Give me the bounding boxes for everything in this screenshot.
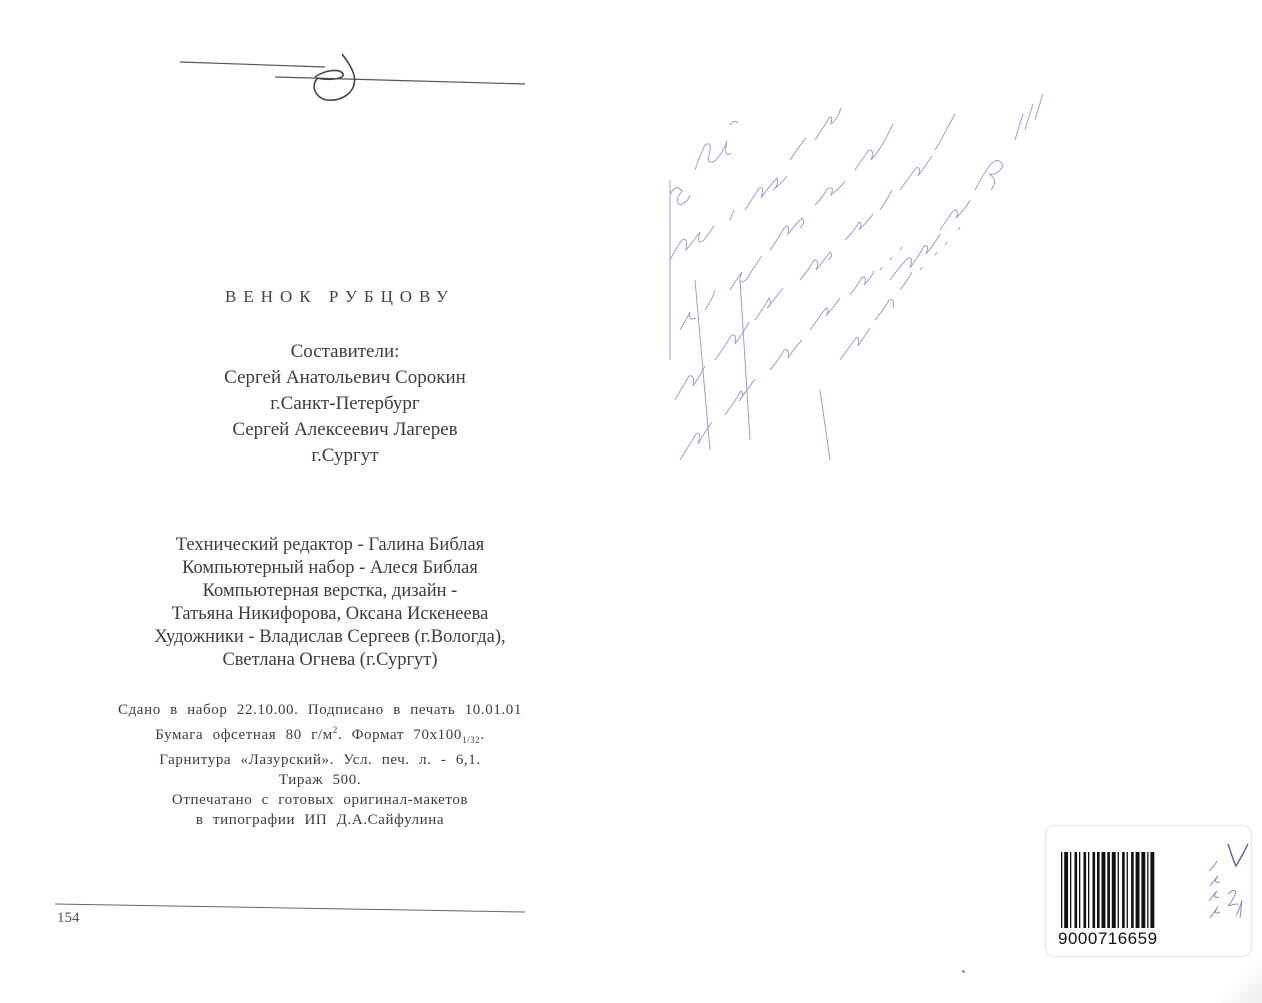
imprint-line: Отпечатано с готовых оригинал-макетов (0, 790, 640, 810)
book-spread: ВЕНОК РУБЦОВУ Составители: Сергей Анатол… (0, 0, 1262, 1003)
inventory-handwritten-mark (1206, 836, 1251, 946)
compiler-name: Сергей Алексеевич Лагерев (0, 417, 690, 443)
ornament-swirl-icon (175, 50, 530, 105)
compilers-heading: Составители: (0, 339, 690, 365)
credit-line: Технический редактор - Галина Библая (0, 534, 660, 557)
book-title: ВЕНОК РУБЦОВУ (0, 287, 680, 307)
scan-speck (962, 970, 965, 973)
compiler-city: г.Санкт-Петербург (0, 391, 690, 417)
imprint-line: Тираж 500. (0, 770, 640, 790)
handwritten-inscription (640, 30, 1060, 480)
page-number: 154 (57, 910, 80, 927)
footer-rule (55, 903, 525, 913)
imprint-section: Сдано в набор 22.10.00. Подписано в печа… (0, 700, 640, 830)
credit-line: Компьютерная верстка, дизайн - (0, 580, 660, 603)
imprint-line: в типографии ИП Д.А.Сайфулина (0, 810, 640, 830)
compiler-name: Сергей Анатольевич Сорокин (0, 365, 690, 391)
credit-line: Светлана Огнева (г.Сургут) (0, 649, 660, 672)
imprint-line: Сдано в набор 22.10.00. Подписано в печа… (0, 700, 640, 720)
imprint-sub: 1/32 (462, 735, 480, 745)
barcode-number: 9000716659 (1058, 929, 1158, 949)
imprint-period: . (480, 727, 484, 743)
library-barcode-label: 9000716659 (1045, 825, 1252, 957)
page-corner-shadow (1222, 953, 1262, 1003)
credit-line: Художники - Владислав Сергеев (г.Вологда… (0, 626, 660, 649)
compiler-city: г.Сургут (0, 443, 690, 469)
credits-section: Технический редактор - Галина Библая Ком… (0, 534, 660, 672)
left-page: ВЕНОК РУБЦОВУ Составители: Сергей Анатол… (0, 0, 620, 1003)
imprint-format: . Формат 70х100 (338, 727, 462, 743)
compilers-section: Составители: Сергей Анатольевич Сорокин … (0, 339, 690, 469)
imprint-line: Гарнитура «Лазурский». Усл. печ. л. - 6,… (0, 750, 640, 770)
imprint-paper: Бумага офсетная 80 г/м (155, 727, 333, 743)
barcode-icon (1060, 852, 1202, 928)
imprint-line: Бумага офсетная 80 г/м2. Формат 70х1001/… (0, 720, 640, 750)
credit-line: Компьютерный набор - Алеся Библая (0, 557, 660, 580)
credit-line: Татьяна Никифорова, Оксана Искенеева (0, 603, 660, 626)
